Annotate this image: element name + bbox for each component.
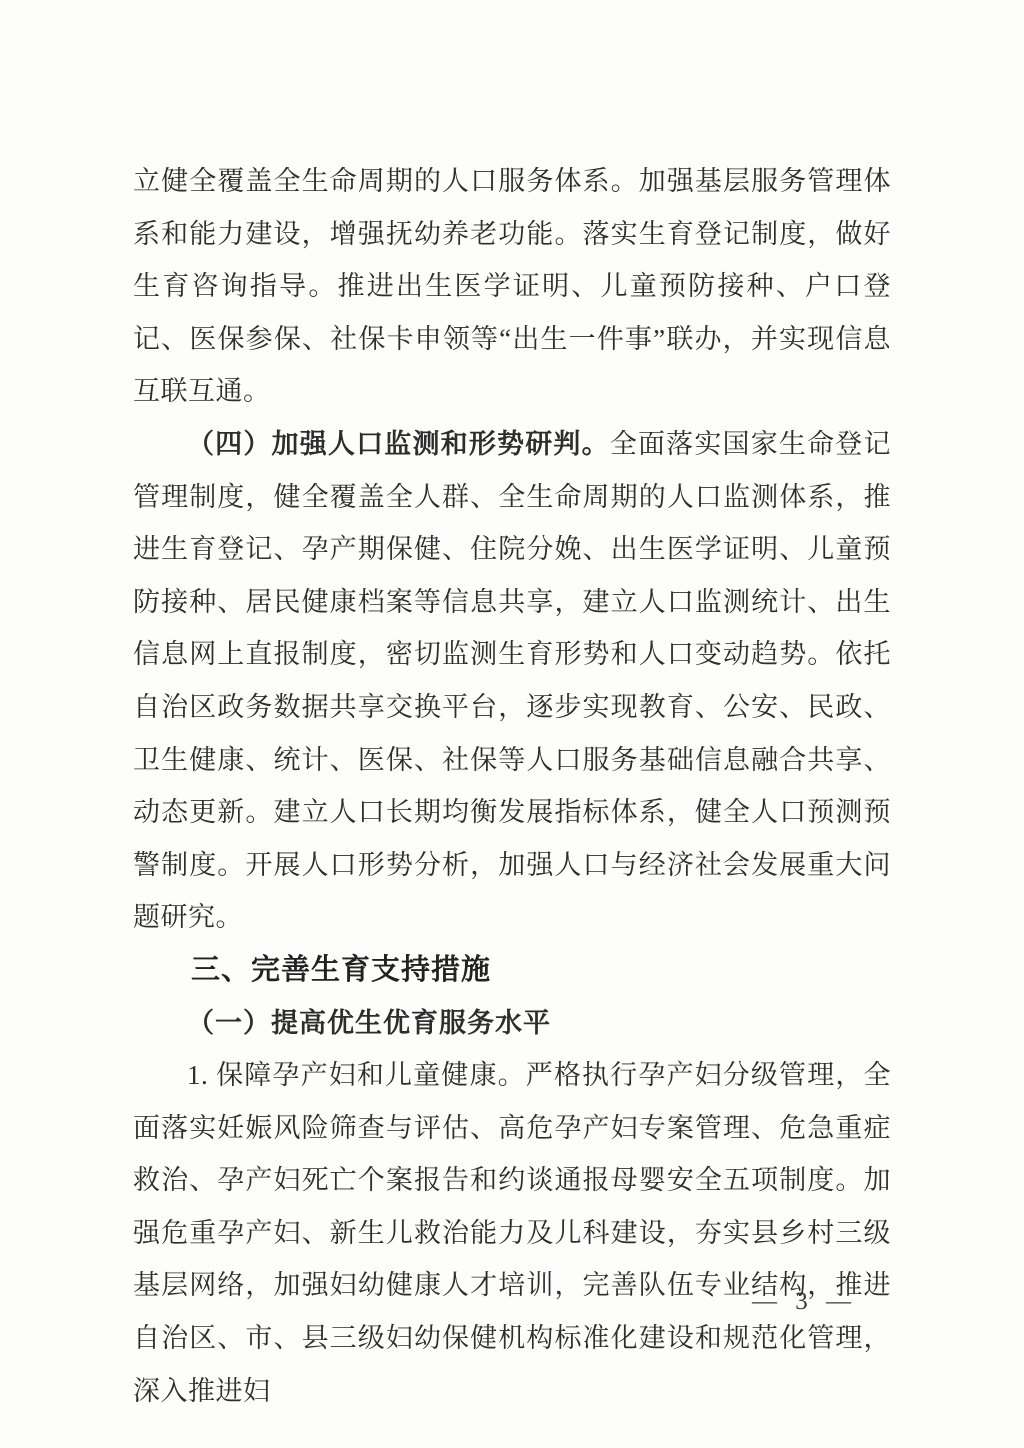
paragraph-continuation: 立健全覆盖全生命周期的人口服务体系。加强基层服务管理体系和能力建设，增强抚幼养老… <box>133 155 891 418</box>
paragraph-item-1: 1. 保障孕产妇和儿童健康。严格执行孕产妇分级管理，全面落实妊娠风险筛查与评估、… <box>133 1049 891 1417</box>
document-page: 立健全覆盖全生命周期的人口服务体系。加强基层服务管理体系和能力建设，增强抚幼养老… <box>0 0 1024 1448</box>
item-1-body: 严格执行孕产妇分级管理，全面落实妊娠风险筛查与评估、高危孕产妇专案管理、危急重症… <box>133 1060 891 1406</box>
subsection-heading-1: （一）提高优生优育服务水平 <box>133 997 891 1050</box>
clause-4-heading: （四）加强人口监测和形势研判。 <box>187 429 610 459</box>
paragraph-section-4: （四）加强人口监测和形势研判。全面落实国家生命登记管理制度，健全覆盖全人群、全生… <box>133 418 891 944</box>
section-heading-3: 三、完善生育支持措施 <box>133 944 891 997</box>
clause-4-body: 全面落实国家生命登记管理制度，健全覆盖全人群、全生命周期的人口监测体系，推进生育… <box>133 429 891 932</box>
item-1-heading: 1. 保障孕产妇和儿童健康。 <box>187 1060 526 1090</box>
document-body: 立健全覆盖全生命周期的人口服务体系。加强基层服务管理体系和能力建设，增强抚幼养老… <box>133 155 891 1417</box>
page-number: — 3 — <box>752 1288 857 1316</box>
